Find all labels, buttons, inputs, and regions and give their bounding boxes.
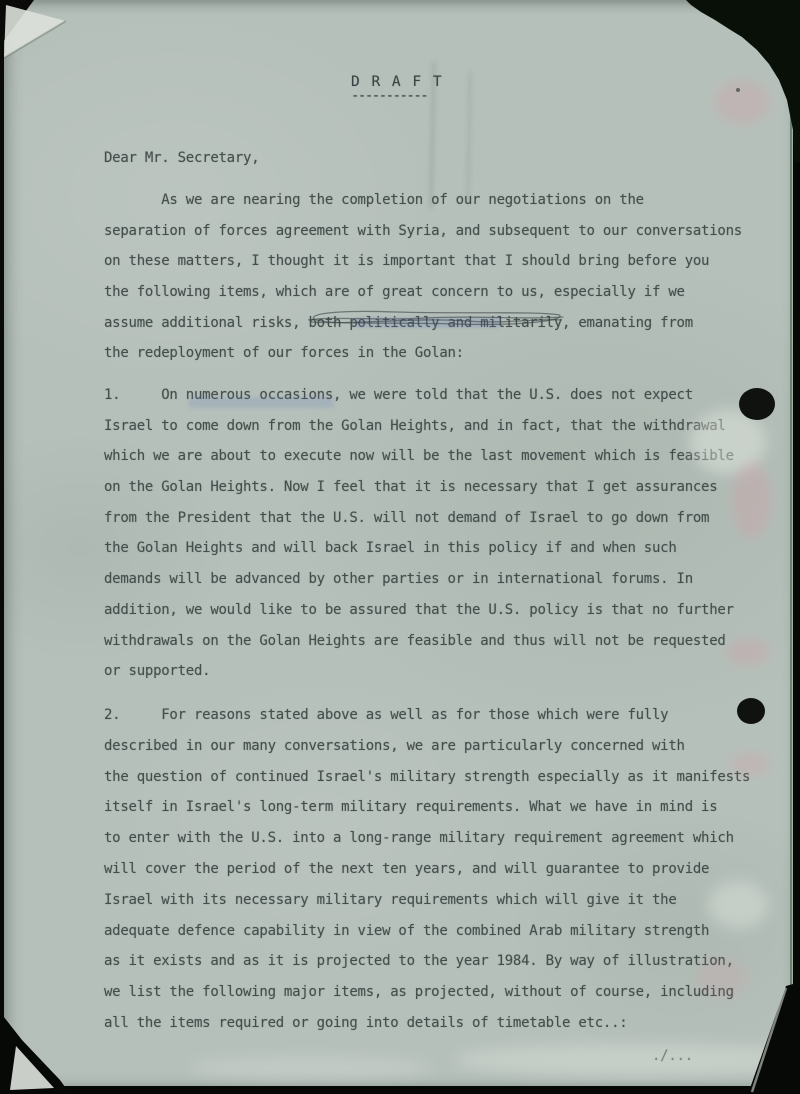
typed-line: As we are nearing the completion of our … [104, 185, 742, 216]
scanned-letter-page: D R A F T ----------- Dear Mr. Secretary… [0, 0, 800, 1094]
typed-line: from the President that the U.S. will no… [104, 503, 734, 534]
typed-line: all the items required or going into det… [104, 1008, 750, 1039]
typed-line: the following items, which are of great … [104, 277, 742, 308]
typed-line: 1. On numerous occasions, we were told t… [104, 380, 734, 411]
strike-line-pre: assume additional risks, [104, 315, 308, 331]
typed-line: described in our many conversations, we … [104, 731, 750, 762]
typed-line: separation of forces agreement with Syri… [104, 216, 742, 247]
typed-line: we list the following major items, as pr… [104, 977, 750, 1008]
page-continuation-marker: ./... [652, 1048, 693, 1064]
typed-line: Israel with its necessary military requi… [104, 885, 750, 916]
draft-title-underline: ----------- [351, 88, 427, 104]
typed-line: 2. For reasons stated above as well as f… [104, 700, 750, 731]
salutation-line: Dear Mr. Secretary, [104, 150, 259, 166]
paragraph-item-1: 1. On numerous occasions, we were told t… [104, 380, 734, 687]
typed-line: the Golan Heights and will back Israel i… [104, 533, 734, 564]
intro-paragraph: As we are nearing the completion of our … [104, 185, 742, 369]
typed-line: on these matters, I thought it is import… [104, 246, 742, 277]
typed-line: addition, we would like to be assured th… [104, 595, 734, 626]
paragraph-item-2: 2. For reasons stated above as well as f… [104, 700, 750, 1039]
typed-line: as it exists and as it is projected to t… [104, 946, 750, 977]
typed-line: adequate defence capability in view of t… [104, 916, 750, 947]
strike-line-post: , emanating from [562, 315, 693, 331]
typed-line: demands will be advanced by other partie… [104, 564, 734, 595]
typed-line: the redeployment of our forces in the Go… [104, 338, 742, 369]
typed-line: itself in Israel's long-term military re… [104, 792, 750, 823]
typed-line-with-strikethrough: assume additional risks, both politicall… [104, 308, 742, 339]
typed-line: on the Golan Heights. Now I feel that it… [104, 472, 734, 503]
typed-line: withdrawals on the Golan Heights are fea… [104, 626, 734, 657]
typed-line: or supported. [104, 656, 734, 687]
strikethrough-text: both politically and militarily [308, 308, 562, 339]
typed-line: which we are about to execute now will b… [104, 441, 734, 472]
typed-line: will cover the period of the next ten ye… [104, 854, 750, 885]
struck-phrase: both politically and militarily [308, 315, 562, 331]
typed-line: to enter with the U.S. into a long-range… [104, 823, 750, 854]
typed-line: Israel to come down from the Golan Heigh… [104, 411, 734, 442]
typed-line: the question of continued Israel's milit… [104, 762, 750, 793]
